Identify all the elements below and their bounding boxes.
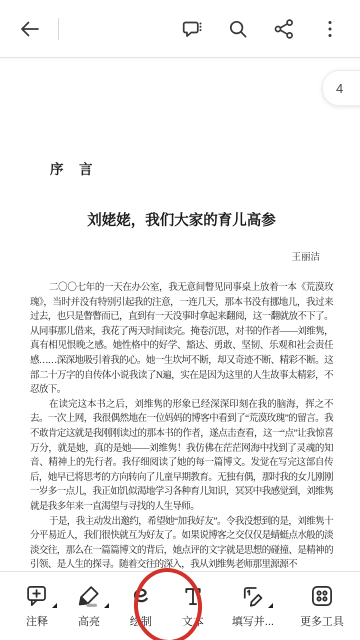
search-icon (226, 17, 250, 41)
paragraph: 二〇〇七年的一天在办公室，我无意间瞥见同事桌上放着一本《荒漠玫瑰》，当时并没有特… (30, 281, 333, 398)
document-viewer: 4 序 言 刘姥姥，我们大家的育儿高参 王丽洁 二〇〇七年的一天在办公室，我无意… (0, 58, 360, 570)
toolbar-divider (58, 18, 59, 40)
highlight-tool[interactable]: 高亮 (76, 583, 102, 629)
share-button[interactable] (268, 13, 300, 45)
dropdown-indicator (268, 603, 273, 608)
comment-feedback-icon (180, 17, 204, 41)
dropdown-indicator (104, 603, 109, 608)
tool-label: 高亮 (78, 613, 100, 629)
document-author: 王丽洁 (30, 249, 333, 263)
form-fill-icon (240, 583, 266, 609)
back-arrow-icon (18, 17, 42, 41)
document-body: 二〇〇七年的一天在办公室，我无意间瞥见同事桌上放着一本《荒漠玫瑰》，当时并没有特… (30, 281, 333, 570)
comment-plus-icon (24, 583, 50, 609)
annotate-comment-tool[interactable]: 注释 (24, 583, 50, 629)
page-number-pill[interactable]: 4 (322, 70, 360, 106)
draw-scribble-icon (128, 583, 154, 609)
tool-label: 填写并... (232, 613, 274, 629)
tool-label: 更多工具 (300, 613, 344, 629)
document-title: 刘姥姥，我们大家的育儿高参 (30, 209, 333, 230)
tool-label: 文本 (182, 613, 204, 629)
overflow-menu-button[interactable] (314, 13, 346, 45)
text-T-icon (180, 583, 206, 609)
draw-tool[interactable]: 绘制 (128, 583, 154, 629)
top-toolbar (0, 0, 360, 58)
section-label: 序 言 (50, 158, 333, 178)
document-page: 序 言 刘姥姥，我们大家的育儿高参 王丽洁 二〇〇七年的一天在办公室，我无意间瞥… (0, 158, 360, 570)
tool-label: 注释 (26, 613, 48, 629)
more-tools-icon (309, 583, 335, 609)
paragraph: 于是，我主动发出邀约，希望她“加我好友”。令我没想到的是，刘维隽十分平易近人，我… (30, 515, 333, 571)
back-button[interactable] (14, 13, 46, 45)
page-number: 4 (336, 81, 343, 96)
pdf-reader-screen: 4 序 言 刘姥姥，我们大家的育儿高参 王丽洁 二〇〇七年的一天在办公室，我无意… (0, 0, 360, 640)
paragraph: 在读完这本书之后，刘维隽的形象已经深深印刻在我的脑海，挥之不去。一次上网，我很偶… (30, 398, 333, 515)
bottom-toolbar: 注释 高亮 绘制 (0, 571, 360, 640)
search-button[interactable] (222, 13, 254, 45)
text-tool[interactable]: 文本 (180, 583, 206, 629)
share-icon (272, 17, 296, 41)
overflow-menu-icon (318, 17, 342, 41)
fill-and-sign-tool[interactable]: 填写并... (232, 583, 274, 629)
comment-feedback-button[interactable] (176, 13, 208, 45)
tool-label: 绘制 (130, 613, 152, 629)
more-tools-button[interactable]: 更多工具 (300, 583, 344, 629)
dropdown-indicator (52, 603, 57, 608)
highlighter-icon (76, 583, 102, 609)
